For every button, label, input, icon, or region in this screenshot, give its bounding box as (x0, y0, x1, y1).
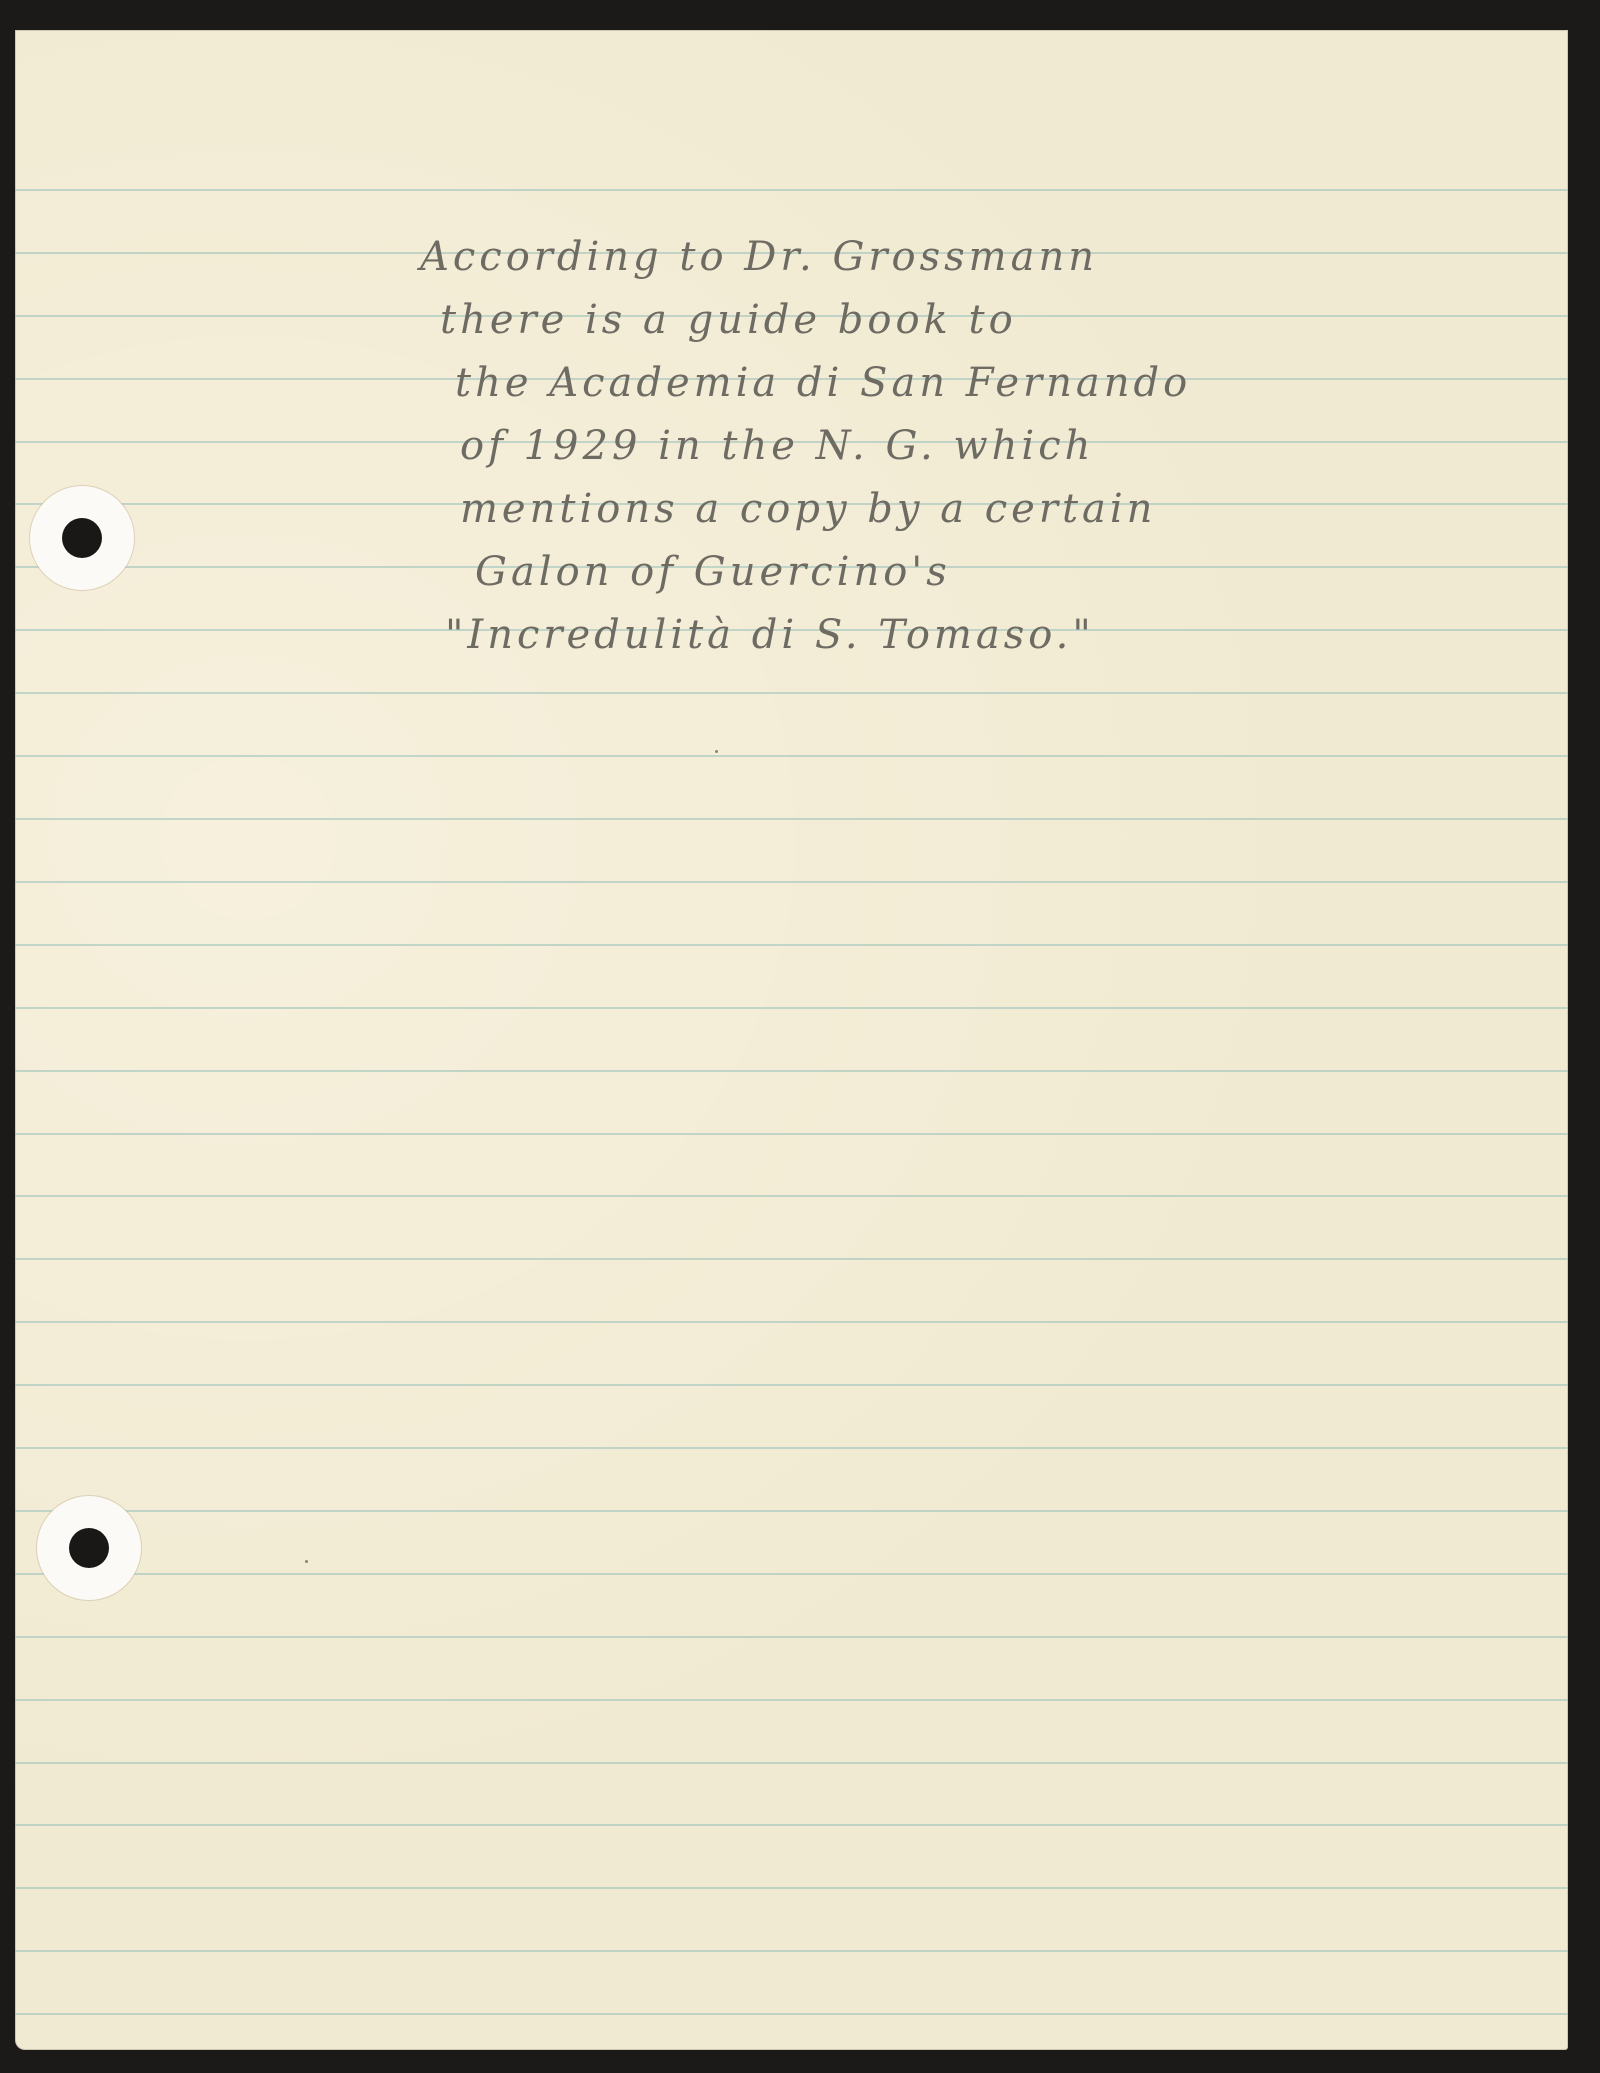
ruled-line (15, 1447, 1568, 1449)
ruled-line (15, 692, 1568, 694)
note-line-6: Galon of Guercino's (475, 541, 951, 603)
ruled-line (15, 1699, 1568, 1701)
paper-speck (715, 750, 718, 753)
ruled-line (15, 1007, 1568, 1009)
binder-hole-top (30, 486, 134, 590)
ruled-line (15, 1384, 1568, 1386)
note-line-5: mentions a copy by a certain (460, 478, 1156, 540)
ruled-paper-sheet: According to Dr. Grossmann there is a gu… (15, 30, 1568, 2050)
ruled-line (15, 1258, 1568, 1260)
note-line-3: the Academia di San Fernando (455, 352, 1191, 414)
ruled-line (15, 755, 1568, 757)
ruled-line (15, 1887, 1568, 1889)
note-line-7: "Incredulità di S. Tomaso." (445, 604, 1095, 666)
ruled-line (15, 1950, 1568, 1952)
note-line-2: there is a guide book to (440, 289, 1017, 351)
ruled-line (15, 944, 1568, 946)
ruled-line (15, 1195, 1568, 1197)
ruled-line (15, 1573, 1568, 1575)
note-line-1: According to Dr. Grossmann (420, 226, 1098, 288)
binder-hole-punch (69, 1528, 109, 1568)
binder-hole-bottom (37, 1496, 141, 1600)
ruled-line (15, 1133, 1568, 1135)
ruled-line (15, 1636, 1568, 1638)
ruled-line (15, 1070, 1568, 1072)
ruled-line (15, 881, 1568, 883)
ruled-line (15, 1321, 1568, 1323)
binder-hole-punch (62, 518, 102, 558)
ruled-line (15, 189, 1568, 191)
ruled-line (15, 1510, 1568, 1512)
note-line-4: of 1929 in the N. G. which (460, 415, 1094, 477)
ruled-line (15, 1762, 1568, 1764)
ruled-line (15, 1824, 1568, 1826)
ruled-line (15, 2013, 1568, 2015)
ruled-line (15, 818, 1568, 820)
paper-speck (305, 1560, 308, 1563)
